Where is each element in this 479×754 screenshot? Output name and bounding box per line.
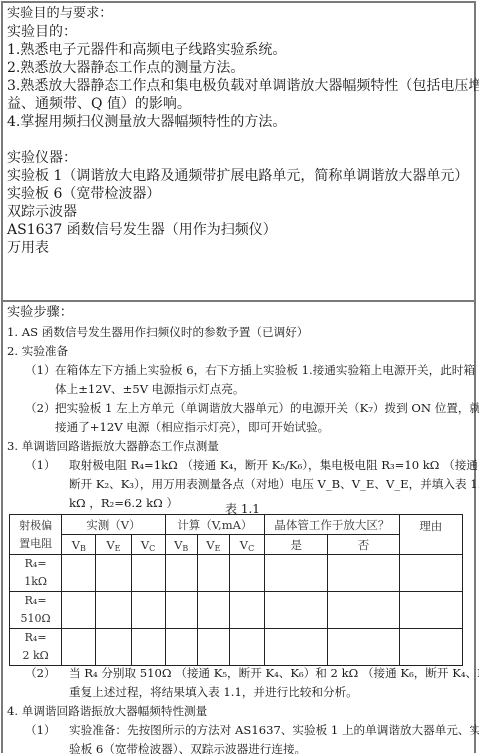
- cell[interactable]: [197, 629, 229, 666]
- cell[interactable]: [197, 555, 229, 592]
- step-3-1-line1: 取射极电阻 R₄=1kΩ （接通 K₄，断开 K₅/K₆），集电极电阻 R₃=1…: [69, 456, 479, 474]
- step-3-2-line1: 当 R₄ 分别取 510Ω （接通 K₅，断开 K₄、K₆）和 2 kΩ （接通…: [69, 664, 479, 682]
- table-row: R₄= 1kΩ: [10, 555, 463, 592]
- instrument-item-4: AS1637 函数信号发生器（用作为扫频仪）: [7, 221, 277, 239]
- step-3-1-line2: 断开 K₂、K₃），用万用表测量各点（对地）电压 V_B、V_E、V_E，并填入…: [69, 475, 479, 493]
- row-label-510: R₄= 510Ω: [10, 592, 62, 629]
- calculated-vc-header: VC: [229, 535, 264, 555]
- step-2-2-number: （2）: [25, 399, 56, 417]
- step-3-2-number: （2）: [25, 664, 56, 682]
- cell[interactable]: [328, 629, 399, 666]
- yes-header: 是: [265, 535, 328, 555]
- instrument-item-3: 双踪示波器: [7, 203, 77, 221]
- calculated-vb-header: VB: [165, 535, 197, 555]
- step-1: 1. AS 函数信号发生器用作扫频仪时的参数予置（已调好）: [7, 323, 308, 341]
- instrument-item-5: 万用表: [7, 239, 49, 257]
- step-2-1-number: （1）: [25, 361, 56, 379]
- cell[interactable]: [265, 555, 328, 592]
- step-2: 2. 实验准备: [7, 342, 68, 360]
- row-label-1k: R₄= 1kΩ: [10, 555, 62, 592]
- cell[interactable]: [165, 592, 197, 629]
- step-4-1-line2: 验板 6（宽带检波器）、双踪示波器进行连接。: [69, 740, 306, 754]
- cell[interactable]: [165, 629, 197, 666]
- steps-section: 实验步骤： 1. AS 函数信号发生器用作扫频仪时的参数予置（已调好） 2. 实…: [3, 302, 474, 754]
- bias-resistor-header-line1: 射极偏: [10, 517, 61, 535]
- table-1-1: 射极偏 置电阻 实测（V） 计算（V,mA） 晶体管工作于放大区？ 理由 VB …: [9, 514, 463, 666]
- no-header: 否: [328, 535, 399, 555]
- cell[interactable]: [399, 629, 462, 666]
- step-2-1-line1: 在箱体左下方插上实验板 6，右下方插上实验板 1.接通实验箱上电源开关，此时箱: [55, 361, 475, 379]
- step-3-1-number: （1）: [25, 456, 56, 474]
- measured-ve-header: VE: [96, 535, 131, 555]
- document-page: 实验目的与要求： 实验目的： 1.熟悉电子元器件和高频电子线路实验系统。 2.熟…: [1, 1, 476, 753]
- calculated-header: 计算（V,mA）: [165, 515, 264, 535]
- cell[interactable]: [328, 592, 399, 629]
- objective-item-1: 1.熟悉电子元器件和高频电子线路实验系统。: [7, 41, 286, 59]
- table-row: R₄= 510Ω: [10, 592, 463, 629]
- cell[interactable]: [96, 629, 131, 666]
- objective-item-3-cont: 益、通频带、Q 值）的影响。: [7, 95, 191, 113]
- cell[interactable]: [229, 629, 264, 666]
- objective-item-3: 3.熟悉放大器静态工作点和集电极负载对单调谐放大器幅频特性（包括电压增: [7, 77, 479, 95]
- objectives-section: 实验目的与要求： 实验目的： 1.熟悉电子元器件和高频电子线路实验系统。 2.熟…: [3, 3, 474, 302]
- cell[interactable]: [131, 629, 165, 666]
- instrument-item-1: 实验板 1（调谐放大电路及通频带扩展电路单元，简称单调谐放大器单元）: [7, 167, 468, 185]
- cell[interactable]: [96, 555, 131, 592]
- objectives-subheading: 实验目的：: [7, 23, 77, 41]
- step-2-2-line2: 接通了+12V 电源（相应指示灯亮），即可开始试验。: [55, 418, 329, 436]
- step-4: 4. 单调谐回路谐振放大器幅频特性测量: [7, 702, 207, 720]
- cell[interactable]: [229, 555, 264, 592]
- objective-item-2: 2.熟悉放大器静态工作点的测量方法。: [7, 59, 244, 77]
- measured-vc-header: VC: [131, 535, 165, 555]
- cell[interactable]: [62, 629, 96, 666]
- row-label-line1: R₄=: [10, 592, 61, 610]
- measured-vb-header: VB: [62, 535, 96, 555]
- cell[interactable]: [165, 555, 197, 592]
- cell[interactable]: [197, 592, 229, 629]
- cell[interactable]: [399, 592, 462, 629]
- cell[interactable]: [265, 592, 328, 629]
- row-label-line2: 2 kΩ: [10, 647, 61, 665]
- cell[interactable]: [62, 555, 96, 592]
- step-2-2-line1: 把实验板 1 左上方单元（单调谐放大器单元）的电源开关（K₇）拨到 ON 位置，…: [55, 399, 479, 417]
- instruments-heading: 实验仪器：: [7, 149, 77, 167]
- objective-item-4: 4.掌握用频扫仪测量放大器幅频特性的方法。: [7, 113, 286, 131]
- cell[interactable]: [229, 592, 264, 629]
- cell[interactable]: [328, 555, 399, 592]
- table-row: R₄= 2 kΩ: [10, 629, 463, 666]
- bias-resistor-header-line2: 置电阻: [10, 535, 61, 553]
- step-3-2-line2: 重复上述过程，将结果填入表 1.1，并进行比较和分析。: [69, 683, 358, 701]
- cell[interactable]: [131, 592, 165, 629]
- row-label-line2: 510Ω: [10, 610, 61, 628]
- row-label-line1: R₄=: [10, 555, 61, 573]
- row-label-line2: 1kΩ: [10, 573, 61, 591]
- step-4-1-line1: 实验准备：先按图所示的方法对 AS1637、实验板 1 上的单调谐放大器单元、实: [69, 721, 479, 739]
- calculated-ve-header: VE: [197, 535, 229, 555]
- cell[interactable]: [399, 555, 462, 592]
- cell[interactable]: [96, 592, 131, 629]
- cell[interactable]: [265, 629, 328, 666]
- measured-header: 实测（V）: [62, 515, 165, 535]
- instrument-item-2: 实验板 6（宽带检波器）: [7, 185, 160, 203]
- step-3: 3. 单调谐回路谐振放大器静态工作点测量: [7, 437, 219, 455]
- step-4-1-number: （1）: [25, 721, 56, 739]
- steps-heading: 实验步骤：: [7, 304, 73, 322]
- cell[interactable]: [62, 592, 96, 629]
- row-label-line1: R₄=: [10, 629, 61, 647]
- objectives-heading: 实验目的与要求：: [7, 5, 113, 23]
- cell[interactable]: [131, 555, 165, 592]
- row-label-2k: R₄= 2 kΩ: [10, 629, 62, 666]
- reason-header: 理由: [399, 515, 462, 555]
- bias-resistor-header: 射极偏 置电阻: [10, 515, 62, 555]
- amp-region-header: 晶体管工作于放大区？: [265, 515, 400, 535]
- step-2-1-line2: 体上±12V、±5V 电源指示灯点亮。: [55, 380, 245, 398]
